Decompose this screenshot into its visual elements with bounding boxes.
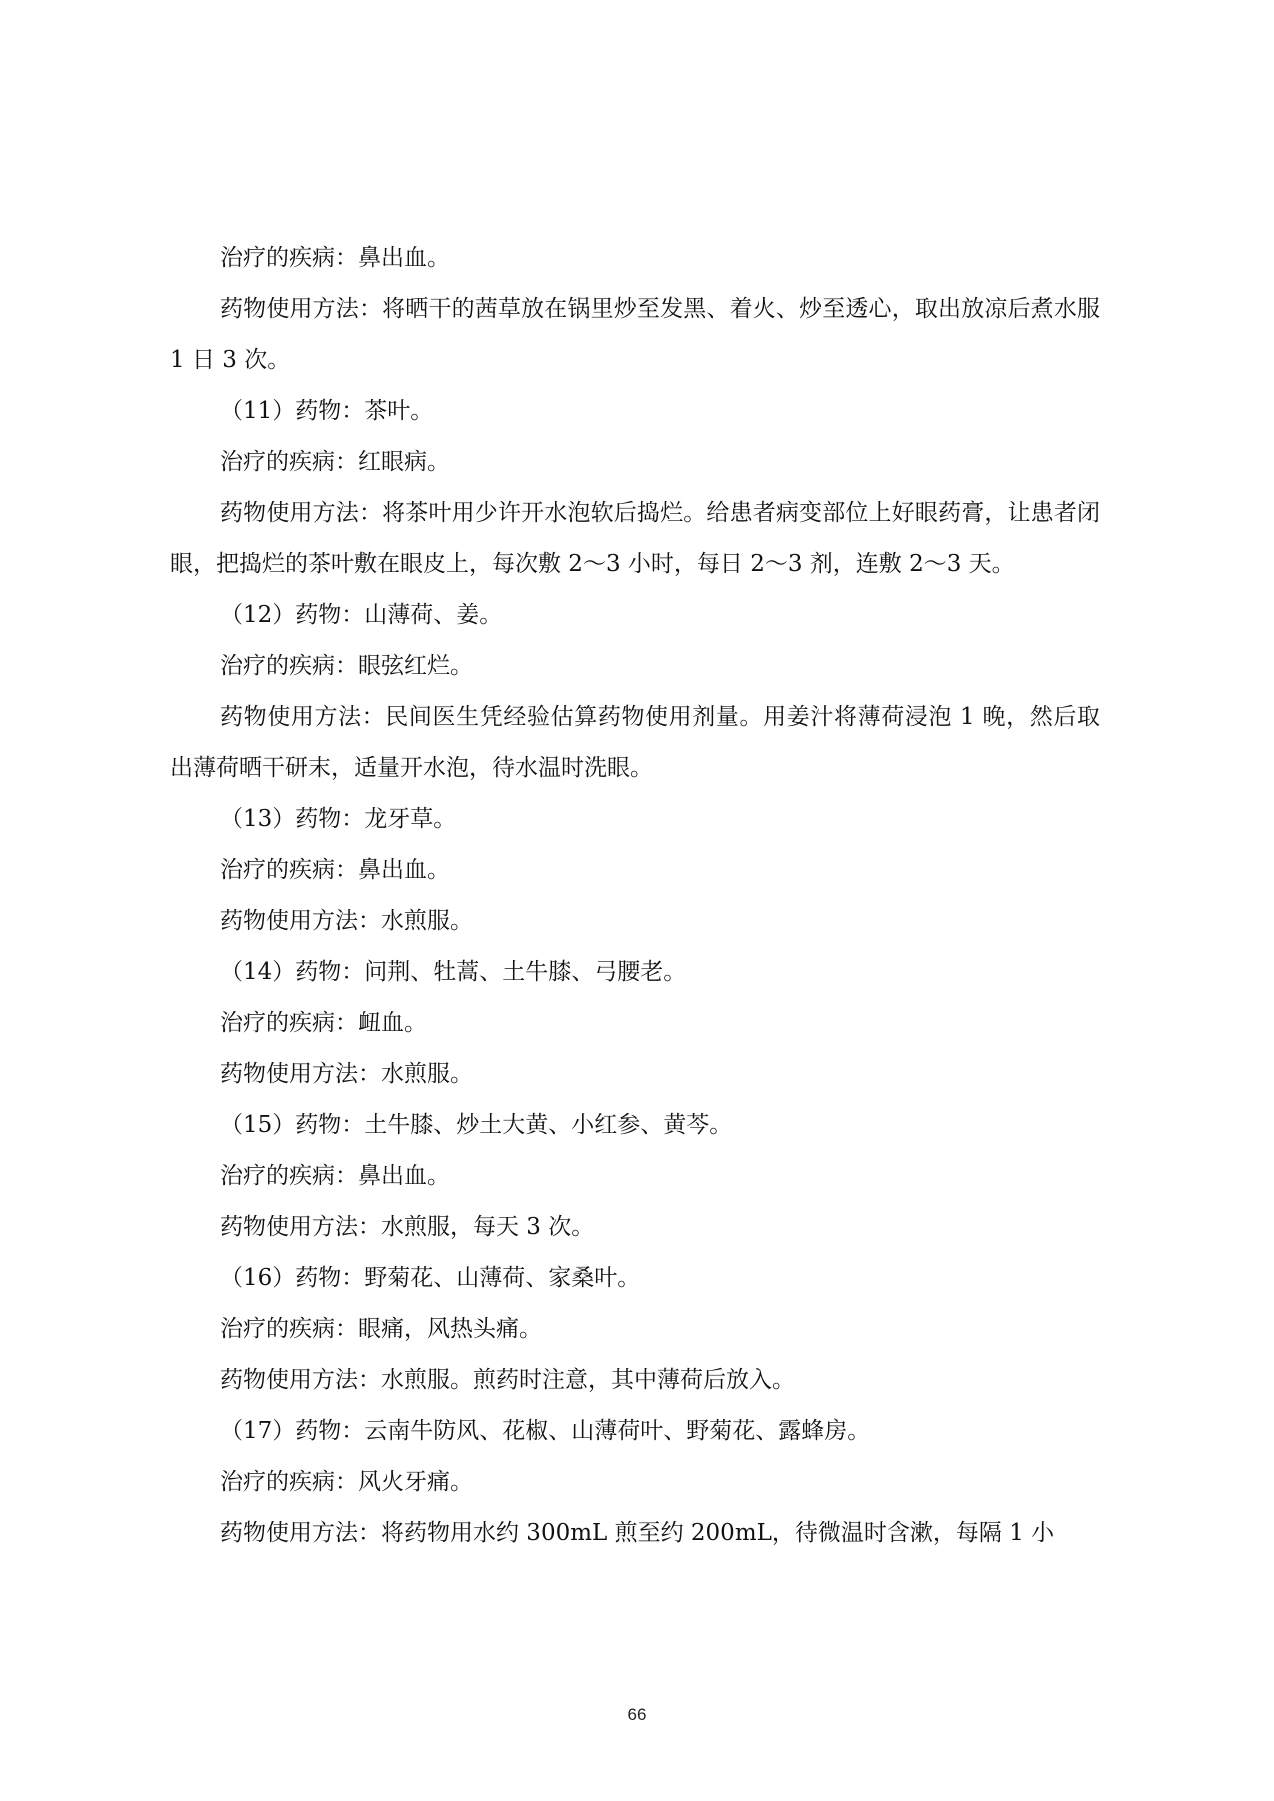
paragraph: 治疗的疾病：衄血。 [170, 998, 1100, 1049]
paragraph: 药物使用方法：水煎服。煎药时注意，其中薄荷后放入。 [170, 1355, 1100, 1406]
paragraph: 药物使用方法：民间医生凭经验估算药物使用剂量。用姜汁将薄荷浸泡 1 晚，然后取出… [170, 692, 1100, 794]
paragraph: 治疗的疾病：鼻出血。 [170, 1151, 1100, 1202]
paragraph: （14）药物：问荆、牡蒿、土牛膝、弓腰老。 [170, 947, 1100, 998]
paragraph: （11）药物：茶叶。 [170, 386, 1100, 437]
paragraph: （15）药物：土牛膝、炒土大黄、小红参、黄芩。 [170, 1100, 1100, 1151]
paragraph: 治疗的疾病：红眼病。 [170, 437, 1100, 488]
page-number: 66 [0, 1705, 1274, 1725]
paragraph: 药物使用方法：水煎服，每天 3 次。 [170, 1202, 1100, 1253]
paragraph: 治疗的疾病：鼻出血。 [170, 233, 1100, 284]
paragraph: （12）药物：山薄荷、姜。 [170, 590, 1100, 641]
paragraph: 治疗的疾病：鼻出血。 [170, 845, 1100, 896]
paragraph: （13）药物：龙牙草。 [170, 794, 1100, 845]
page-body: 治疗的疾病：鼻出血。 药物使用方法：将晒干的茜草放在锅里炒至发黑、着火、炒至透心… [170, 233, 1100, 1559]
paragraph: 治疗的疾病：眼痛，风热头痛。 [170, 1304, 1100, 1355]
paragraph: 治疗的疾病：眼弦红烂。 [170, 641, 1100, 692]
paragraph: 药物使用方法：水煎服。 [170, 1049, 1100, 1100]
paragraph: 药物使用方法：将晒干的茜草放在锅里炒至发黑、着火、炒至透心，取出放凉后煮水服 1… [170, 284, 1100, 386]
paragraph: 治疗的疾病：风火牙痛。 [170, 1457, 1100, 1508]
paragraph: （17）药物：云南牛防风、花椒、山薄荷叶、野菊花、露蜂房。 [170, 1406, 1100, 1457]
document-page: 治疗的疾病：鼻出血。 药物使用方法：将晒干的茜草放在锅里炒至发黑、着火、炒至透心… [0, 0, 1274, 1801]
paragraph: 药物使用方法：水煎服。 [170, 896, 1100, 947]
paragraph: （16）药物：野菊花、山薄荷、家桑叶。 [170, 1253, 1100, 1304]
paragraph: 药物使用方法：将药物用水约 300mL 煎至约 200mL，待微温时含漱，每隔 … [170, 1508, 1100, 1559]
paragraph: 药物使用方法：将茶叶用少许开水泡软后捣烂。给患者病变部位上好眼药膏，让患者闭眼，… [170, 488, 1100, 590]
